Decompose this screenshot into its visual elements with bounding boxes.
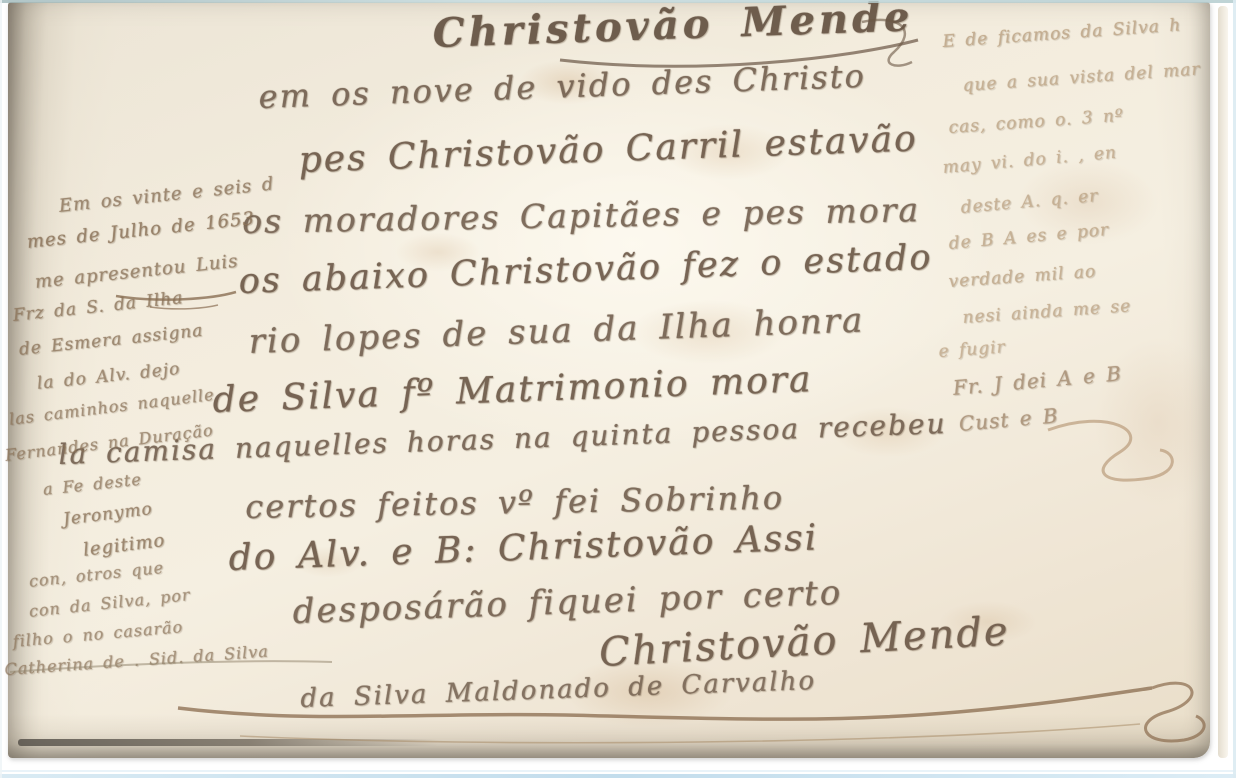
scan-frame-bottom (0, 774, 1236, 778)
scan-frame-bottom-inner (0, 770, 1236, 772)
scan-frame-left (0, 0, 2, 778)
page-bottom-edge-shadow (18, 739, 438, 746)
manuscript-page (8, 2, 1210, 758)
adjacent-page-edge (1218, 6, 1228, 758)
